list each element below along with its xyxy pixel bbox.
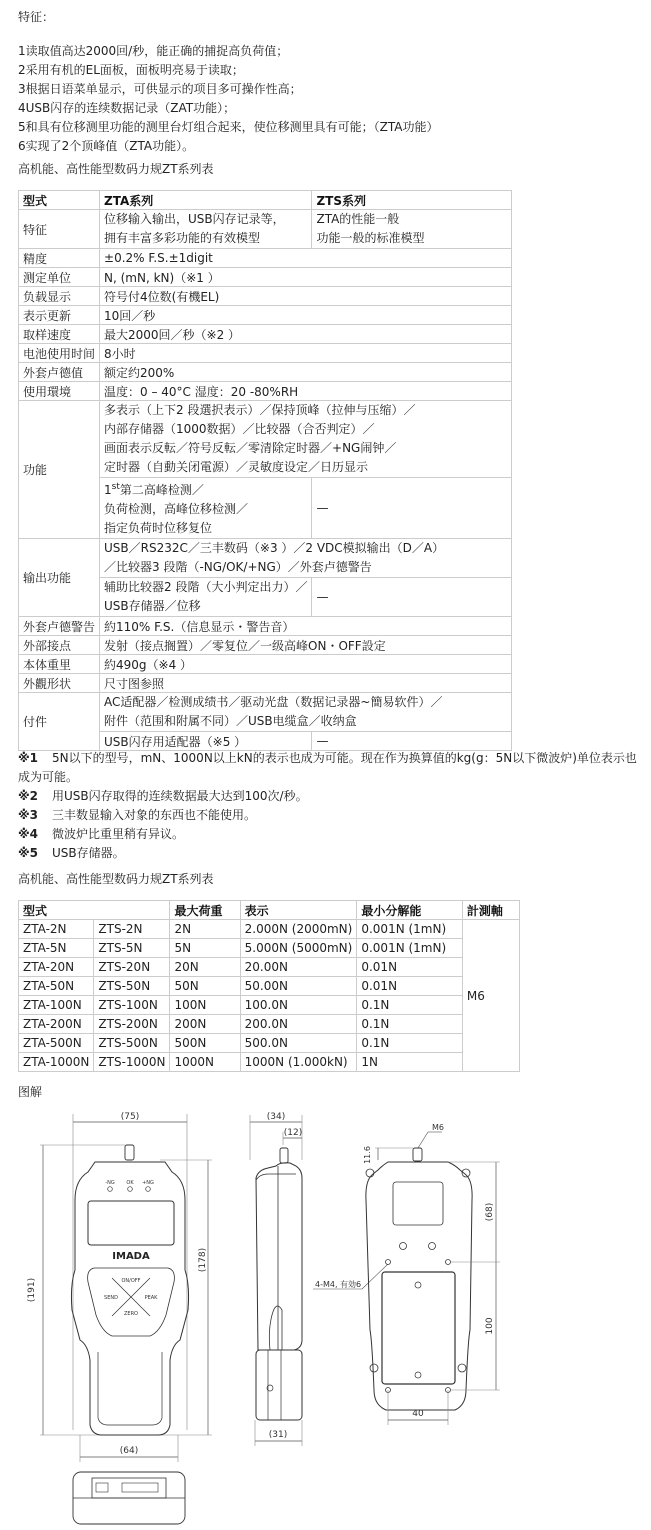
dim-body-height: (178) [198,1248,208,1272]
dimension-drawing: (75) (191) (178) -NG OK +NG IMADA ON/OFF… [0,1100,651,1530]
dim-bottom-depth: (31) [269,1430,287,1440]
resolution: 1N [357,1053,463,1072]
row-label: 功能 [19,401,100,539]
footnote-text: USB存储器。 [52,846,125,860]
row-label: 使用環境 [19,382,100,401]
zts-model: ZTS-5N [94,939,170,958]
button-send: SEND [104,1295,118,1301]
row-label: 本体重里 [19,655,100,674]
header-display: 表示 [240,901,357,920]
function-zta-only: 1st第二高峰检测／ 负荷检测，高峰位移检测／ 指定负荷时位移复位 [100,478,312,539]
row-value: 約110% F.S.（信息显示・警告音） [100,617,512,636]
display: 50.00N [240,977,357,996]
superscript: st [112,482,120,492]
feature-item: 5和具有位移测里功能的测里台灯组合起来，使位移测里具有可能；（ZTA功能） [18,118,438,137]
header-zta: ZTA系列 [100,191,312,210]
footnote: ※15N以下的型号，mN、1000N以上kN的表示也成为可能。现在作为换算值的k… [18,749,638,787]
feature-item: 4USB闪存的连续数据记录（ZAT功能）； [18,99,438,118]
line: 功能一般的标准模型 [316,229,507,248]
spec-row: 表示更新 10回／秒 [19,306,512,325]
dim-shaft-offset: (12) [284,1128,302,1138]
zta-model: ZTA-1000N [19,1053,94,1072]
output-common: USB／RS232C／三丰数码（※3 ）／2 VDC模拟输出（D／A） ／比较器… [100,539,512,578]
line: USB存储器／位移 [104,597,307,616]
feature-item: 3根据日语菜单显示，可供显示的项目多可操作性高； [18,80,438,99]
feature-item: 6实现了2个顶峰值（ZTA功能）。 [18,137,438,156]
zts-model: ZTS-100N [94,996,170,1015]
footnotes: ※15N以下的型号，mN、1000N以上kN的表示也成为可能。现在作为换算值的k… [18,749,638,863]
button-zero: ZERO [124,1311,138,1317]
spec-row-function: 功能 多表示（上下2 段選択表示）／保持顶峰（拉伸与压缩）／ 内部存储器（100… [19,401,512,478]
spec-row: 外套卢德值 额定约200% [19,363,512,382]
row-label: 电池使用时间 [19,344,100,363]
feature-item: 2采用有机的EL面板，面板明亮易于读取； [18,61,438,80]
header-max-load: 最大荷重 [170,901,240,920]
spec-row: 取样速度 最大2000回／秒（※2 ） [19,325,512,344]
accessory-common: AC适配器／检测成绩书／驱动光盘（数据记录器~簡易软件）／ 附件（范围和附属不同… [100,693,512,732]
feature-item: 1读取值高达2000回/秒，能正确的捕捉高负荷值； [18,42,438,61]
features-list: 1读取值高达2000回/秒，能正确的捕捉高负荷值； 2采用有机的EL面板，面板明… [18,42,438,156]
footnote: ※4微波炉比重里稍有异议。 [18,825,638,844]
zta-model: ZTA-2N [19,920,94,939]
line: 画面表示反転／符号反転／零清除定时器／+NG闹钟／ [104,439,507,458]
front-view: (75) (191) (178) -NG OK +NG IMADA ON/OFF… [27,1112,212,1524]
dim-hole-spacing: 100 [485,1317,495,1334]
footnote-text: 5N以下的型号，mN、1000N以上kN的表示也成为可能。现在作为换算值的kg(… [18,751,637,784]
row-label: 表示更新 [19,306,100,325]
spec-row-output: 输出功能 USB／RS232C／三丰数码（※3 ）／2 VDC模拟输出（D／A）… [19,539,512,578]
brand-logo: IMADA [112,1251,150,1262]
max-load: 200N [170,1015,240,1034]
display: 2.000N (2000mN) [240,920,357,939]
led-label: +NG [142,1180,154,1186]
zta-model: ZTA-50N [19,977,94,996]
spec-row: 电池使用时间 8小时 [19,344,512,363]
zts-model: ZTS-20N [94,958,170,977]
function-zts-value: — [312,478,512,539]
prefix: 1 [104,483,112,497]
header-model: 型式 [19,191,100,210]
row-value: 尺寸图参照 [100,674,512,693]
dim-upper: (68) [485,1203,495,1221]
row-label: 外觀形状 [19,674,100,693]
max-load: 1000N [170,1053,240,1072]
footnote-mark: ※3 [18,806,52,825]
spec-row: 负载显示 符号付4位数(有機EL) [19,287,512,306]
accessory-zts-value: — [312,732,512,751]
line: 内部存储器（1000数据）／比较器（合否判定）／ [104,420,507,439]
row-value: 温度：0 – 40°C 湿度：20 -80%RH [100,382,512,401]
footnote-mark: ※2 [18,787,52,806]
spec-table: 型式 ZTA系列 ZTS系列 特征 位移输入输出，USB闪存记录等， 拥有丰富多… [18,190,512,751]
led-label: OK [126,1180,134,1186]
display: 200.0N [240,1015,357,1034]
footnote-text: 三丰数显输入对象的东西也不能使用。 [52,808,256,822]
display: 500.0N [240,1034,357,1053]
max-load: 500N [170,1034,240,1053]
row-value: ±0.2% F.S.±1digit [100,249,512,268]
line: 定时器（自動关闭電源）／灵敏度设定／日历显示 [104,458,507,477]
model-row: ZTA-200N ZTS-200N 200N 200.0N 0.1N [19,1015,520,1034]
header-resolution: 最小分解能 [357,901,463,920]
accessory-zta-only: USB闪存用适配器（※5 ） [100,732,312,751]
resolution: 0.1N [357,1015,463,1034]
model-row: ZTA-1000N ZTS-1000N 1000N 1000N (1.000kN… [19,1053,520,1072]
line: 1st第二高峰检测／ [104,478,307,500]
dim-width: (75) [121,1112,139,1122]
model-row: ZTA-50N ZTS-50N 50N 50.00N 0.01N [19,977,520,996]
row-label: 精度 [19,249,100,268]
line: 拥有丰富多彩功能的有效模型 [104,229,307,248]
display: 5.000N (5000mN) [240,939,357,958]
output-zts-value: — [312,578,512,617]
resolution: 0.01N [357,958,463,977]
line: 辅助比较器2 段階（大小判定出力）／ [104,578,307,597]
row-label: 负载显示 [19,287,100,306]
row-label: 测定单位 [19,268,100,287]
row-label: 付件 [19,693,100,751]
footnote-mark: ※1 [18,749,52,768]
button-peak: PEAK [145,1295,159,1301]
model-table-caption: 高机能、高性能型数码力规ZT系列表 [18,870,214,889]
spec-row-accessory: 付件 AC适配器／检测成绩书／驱动光盘（数据记录器~簡易软件）／ 附件（范围和附… [19,693,512,732]
footnote-mark: ※5 [18,844,52,863]
resolution: 0.001N (1mN) [357,920,463,939]
dim-depth: (34) [267,1112,285,1122]
model-row: ZTA-100N ZTS-100N 100N 100.0N 0.1N [19,996,520,1015]
spec-row: 本体重里 約490g（※4 ） [19,655,512,674]
resolution: 0.001N (1mN) [357,939,463,958]
spec-row: 使用環境 温度：0 – 40°C 湿度：20 -80%RH [19,382,512,401]
zts-model: ZTS-50N [94,977,170,996]
screw-callout: 4-M4, 有効6 [315,1279,361,1289]
model-row: ZTA-20N ZTS-20N 20N 20.00N 0.01N [19,958,520,977]
spec-row: 外部接点 发射（接点搁置）／零复位／一级高峰ON・OFF設定 [19,636,512,655]
features-title: 特征： [18,8,54,27]
footnote-text: 用USB闪存取得的连续数据最大达到100次/秒。 [52,789,308,803]
spec-row: 外套卢德警告 約110% F.S.（信息显示・警告音） [19,617,512,636]
back-view: M6 11.6 (68) 100 40 [363,1123,500,1425]
spec-row: 外觀形状 尺寸图参照 [19,674,512,693]
row-label: 外套卢德值 [19,363,100,382]
zts-model: ZTS-200N [94,1015,170,1034]
spec-row: 精度 ±0.2% F.S.±1digit [19,249,512,268]
model-table: 型式 最大荷重 表示 最小分解能 計測軸 ZTA-2N ZTS-2N 2N 2.… [18,900,520,1072]
dim-hole-width: 40 [412,1409,424,1419]
row-value: 約490g（※4 ） [100,655,512,674]
footnote: ※3三丰数显输入对象的东西也不能使用。 [18,806,638,825]
footnote-text: 微波炉比重里稍有异议。 [52,827,184,841]
shaft-label: M6 [432,1123,444,1132]
zts-model: ZTS-500N [94,1034,170,1053]
zts-model: ZTS-2N [94,920,170,939]
line: 位移输入输出，USB闪存记录等， [104,210,307,229]
row-value: 发射（接点搁置）／零复位／一级高峰ON・OFF設定 [100,636,512,655]
display: 100.0N [240,996,357,1015]
dim-height: (191) [27,1278,37,1302]
zta-model: ZTA-200N [19,1015,94,1034]
resolution: 0.1N [357,996,463,1015]
line: 附件（范围和附属不同）／USB电缆盒／收纳盒 [104,712,507,731]
zta-feature: 位移输入输出，USB闪存记录等， 拥有丰富多彩功能的有效模型 [100,210,312,249]
row-value: 最大2000回／秒（※2 ） [100,325,512,344]
model-row: ZTA-2N ZTS-2N 2N 2.000N (2000mN) 0.001N … [19,920,520,939]
output-zta-only: 辅助比较器2 段階（大小判定出力）／ USB存储器／位移 [100,578,312,617]
led-label: -NG [105,1180,115,1186]
spec-row-feature: 特征 位移输入输出，USB闪存记录等， 拥有丰富多彩功能的有效模型 ZTA的性能… [19,210,512,249]
row-value: 额定约200% [100,363,512,382]
footnote-mark: ※4 [18,825,52,844]
spec-header-row: 型式 ZTA系列 ZTS系列 [19,191,512,210]
header-zts: ZTS系列 [312,191,512,210]
row-value: 符号付4位数(有機EL) [100,287,512,306]
row-value: 10回／秒 [100,306,512,325]
zta-model: ZTA-20N [19,958,94,977]
model-row: ZTA-500N ZTS-500N 500N 500.0N 0.1N [19,1034,520,1053]
shaft: M6 [462,920,519,1072]
resolution: 0.01N [357,977,463,996]
row-label: 特征 [19,210,100,249]
display: 20.00N [240,958,357,977]
spec-table-caption: 高机能、高性能型数码力规ZT系列表 [18,160,214,179]
zta-model: ZTA-500N [19,1034,94,1053]
line: USB／RS232C／三丰数码（※3 ）／2 VDC模拟输出（D／A） [104,539,507,558]
display: 1000N (1.000kN) [240,1053,357,1072]
zta-model: ZTA-100N [19,996,94,1015]
footnote: ※5USB存储器。 [18,844,638,863]
spec-row: 测定单位 N, (mN, kN)（※1 ） [19,268,512,287]
dim-shaft-height: 11.6 [363,1146,372,1164]
max-load: 20N [170,958,240,977]
max-load: 100N [170,996,240,1015]
resolution: 0.1N [357,1034,463,1053]
line: ／比较器3 段階（-NG/OK/+NG）／外套卢德警告 [104,558,507,577]
max-load: 5N [170,939,240,958]
footnote: ※2用USB闪存取得的连续数据最大达到100次/秒。 [18,787,638,806]
row-label: 外套卢德警告 [19,617,100,636]
header-shaft: 計測軸 [462,901,519,920]
zta-model: ZTA-5N [19,939,94,958]
line: ZTA的性能一般 [316,210,507,229]
row-label: 外部接点 [19,636,100,655]
max-load: 2N [170,920,240,939]
model-header-row: 型式 最大荷重 表示 最小分解能 計測軸 [19,901,520,920]
zts-model: ZTS-1000N [94,1053,170,1072]
row-value: N, (mN, kN)（※1 ） [100,268,512,287]
line: 指定负荷时位移复位 [104,519,307,538]
function-common: 多表示（上下2 段選択表示）／保持顶峰（拉伸与压缩）／ 内部存储器（1000数据… [100,401,512,478]
row-label: 输出功能 [19,539,100,617]
button-on-off: ON/OFF [121,1278,140,1284]
header-model: 型式 [19,901,170,920]
row-label: 取样速度 [19,325,100,344]
model-row: ZTA-5N ZTS-5N 5N 5.000N (5000mN) 0.001N … [19,939,520,958]
line: 多表示（上下2 段選択表示）／保持顶峰（拉伸与压缩）／ [104,401,507,420]
line: AC适配器／检测成绩书／驱动光盘（数据记录器~簡易软件）／ [104,693,507,712]
row-value: 8小时 [100,344,512,363]
dim-bottom-width: (64) [120,1446,138,1456]
zts-feature: ZTA的性能一般 功能一般的标准模型 [312,210,512,249]
line: 负荷检测，高峰位移检测／ [104,500,307,519]
text: 第二高峰检测／ [120,483,204,497]
max-load: 50N [170,977,240,996]
